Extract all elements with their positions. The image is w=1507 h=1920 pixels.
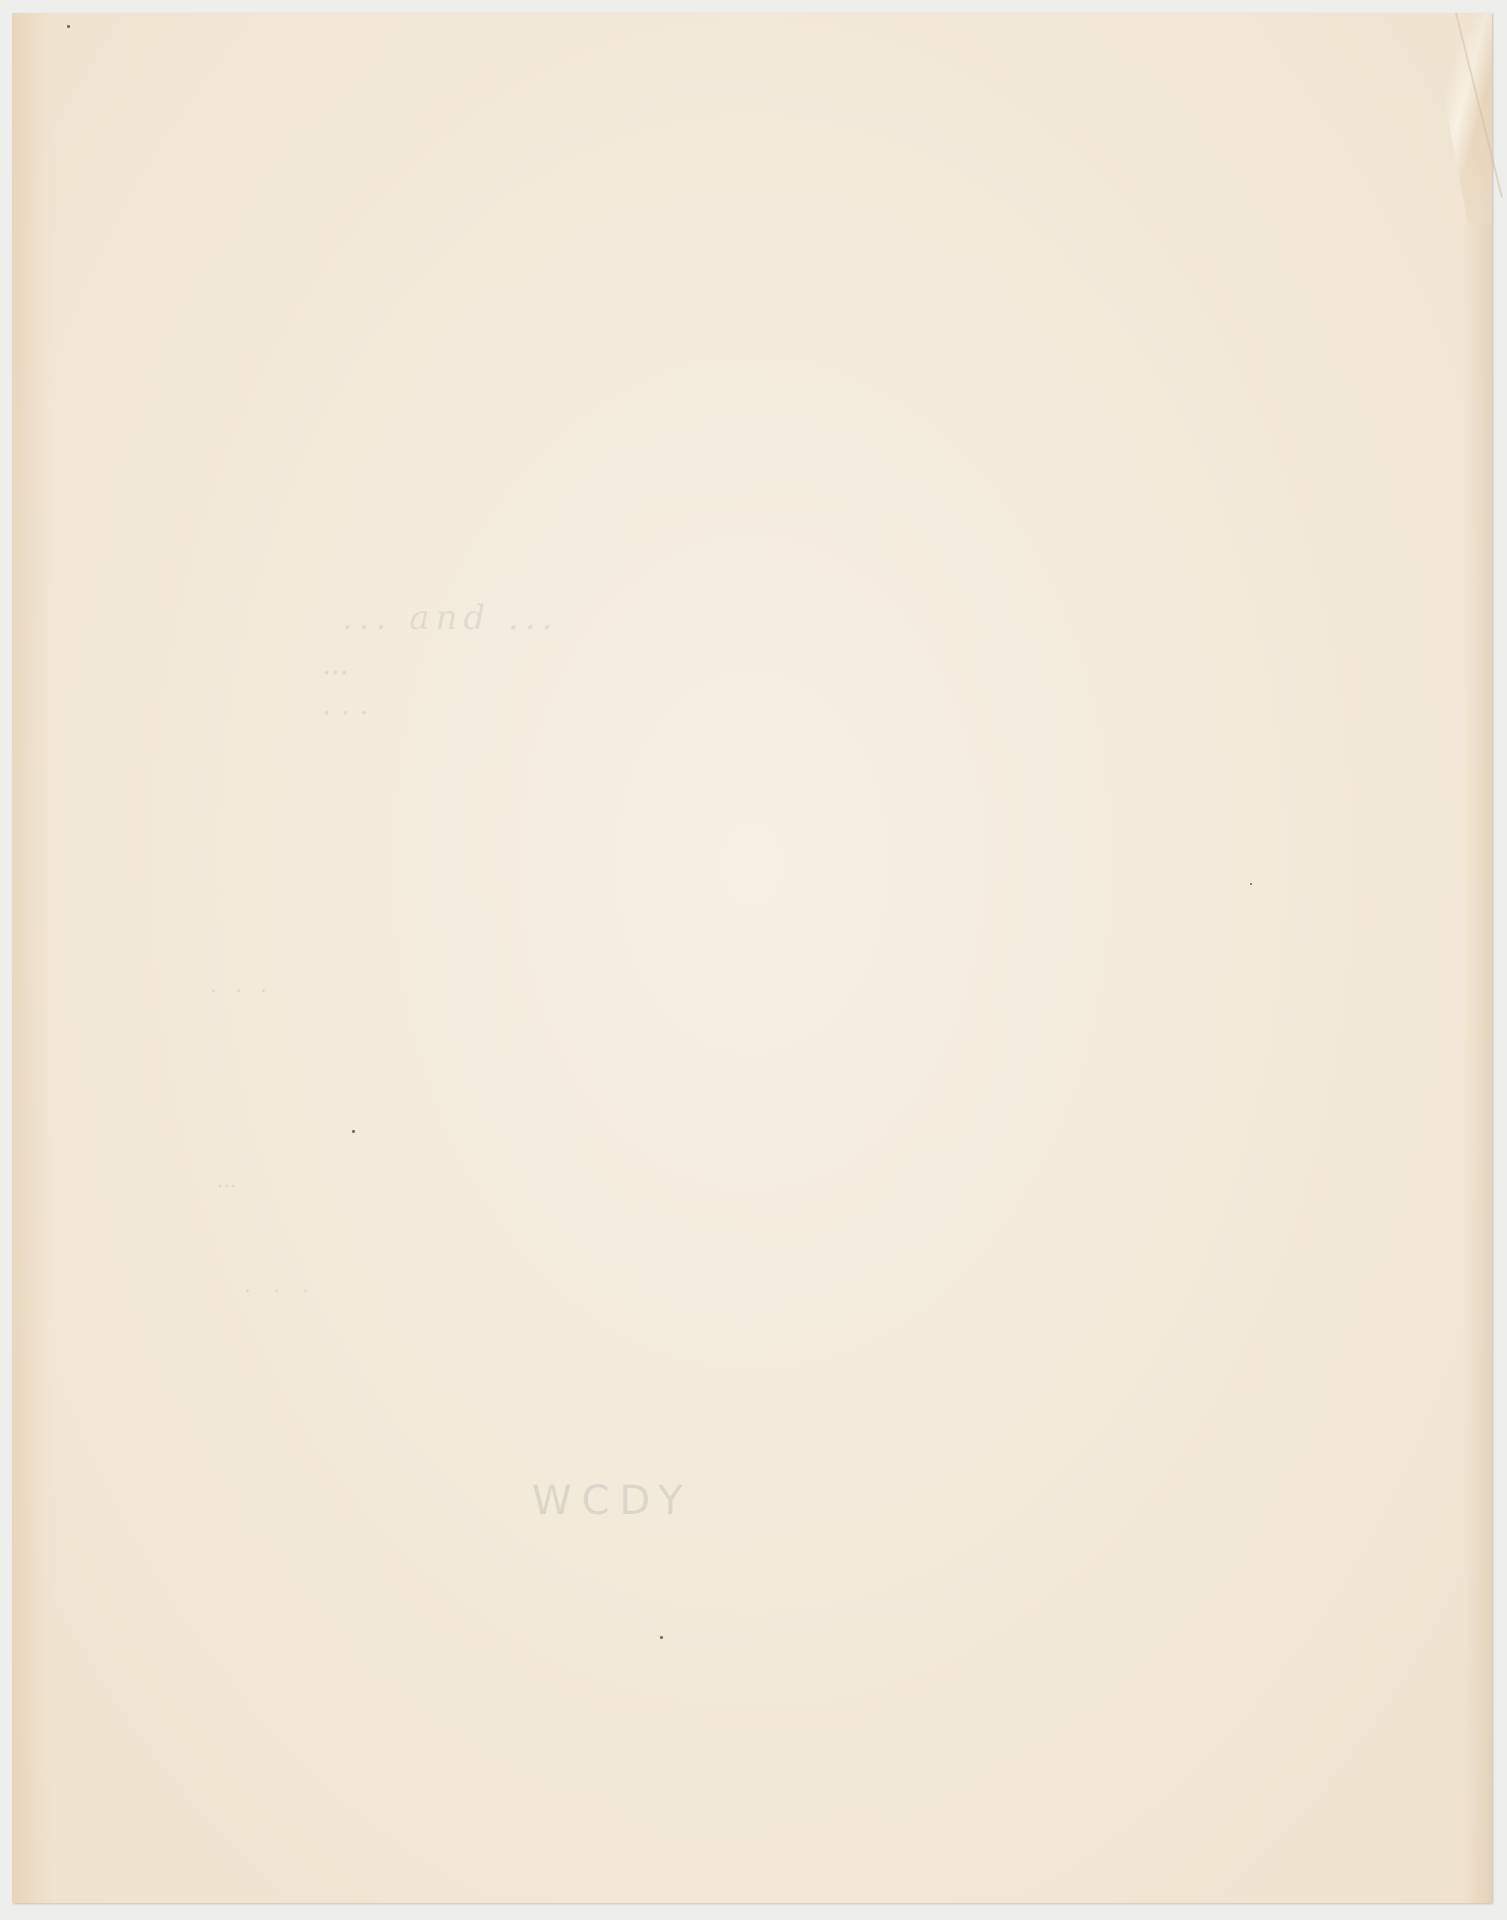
show-through-stamp: WCDY: [532, 1478, 693, 1524]
show-through-handwriting-3: ...: [322, 688, 379, 721]
paper-speck: [67, 25, 70, 28]
paper-edge-shading-right: [1462, 13, 1492, 1903]
paper-edge-shading-left: [12, 13, 52, 1903]
show-through-handwriting-1: ... and ...: [342, 598, 558, 638]
paper-speck: [1250, 883, 1252, 885]
paper-sheet: ... and ... ... ... ... ... ... WCDY: [12, 13, 1492, 1903]
paper-speck: [352, 1130, 355, 1133]
show-through-handwriting-2: ...: [322, 648, 349, 681]
paper-speck: [660, 1636, 663, 1639]
show-through-typed-1: ...: [192, 973, 267, 998]
show-through-typed-2: ...: [217, 1168, 236, 1192]
corner-fold: [1412, 13, 1492, 223]
show-through-typed-3: ...: [222, 1273, 309, 1298]
